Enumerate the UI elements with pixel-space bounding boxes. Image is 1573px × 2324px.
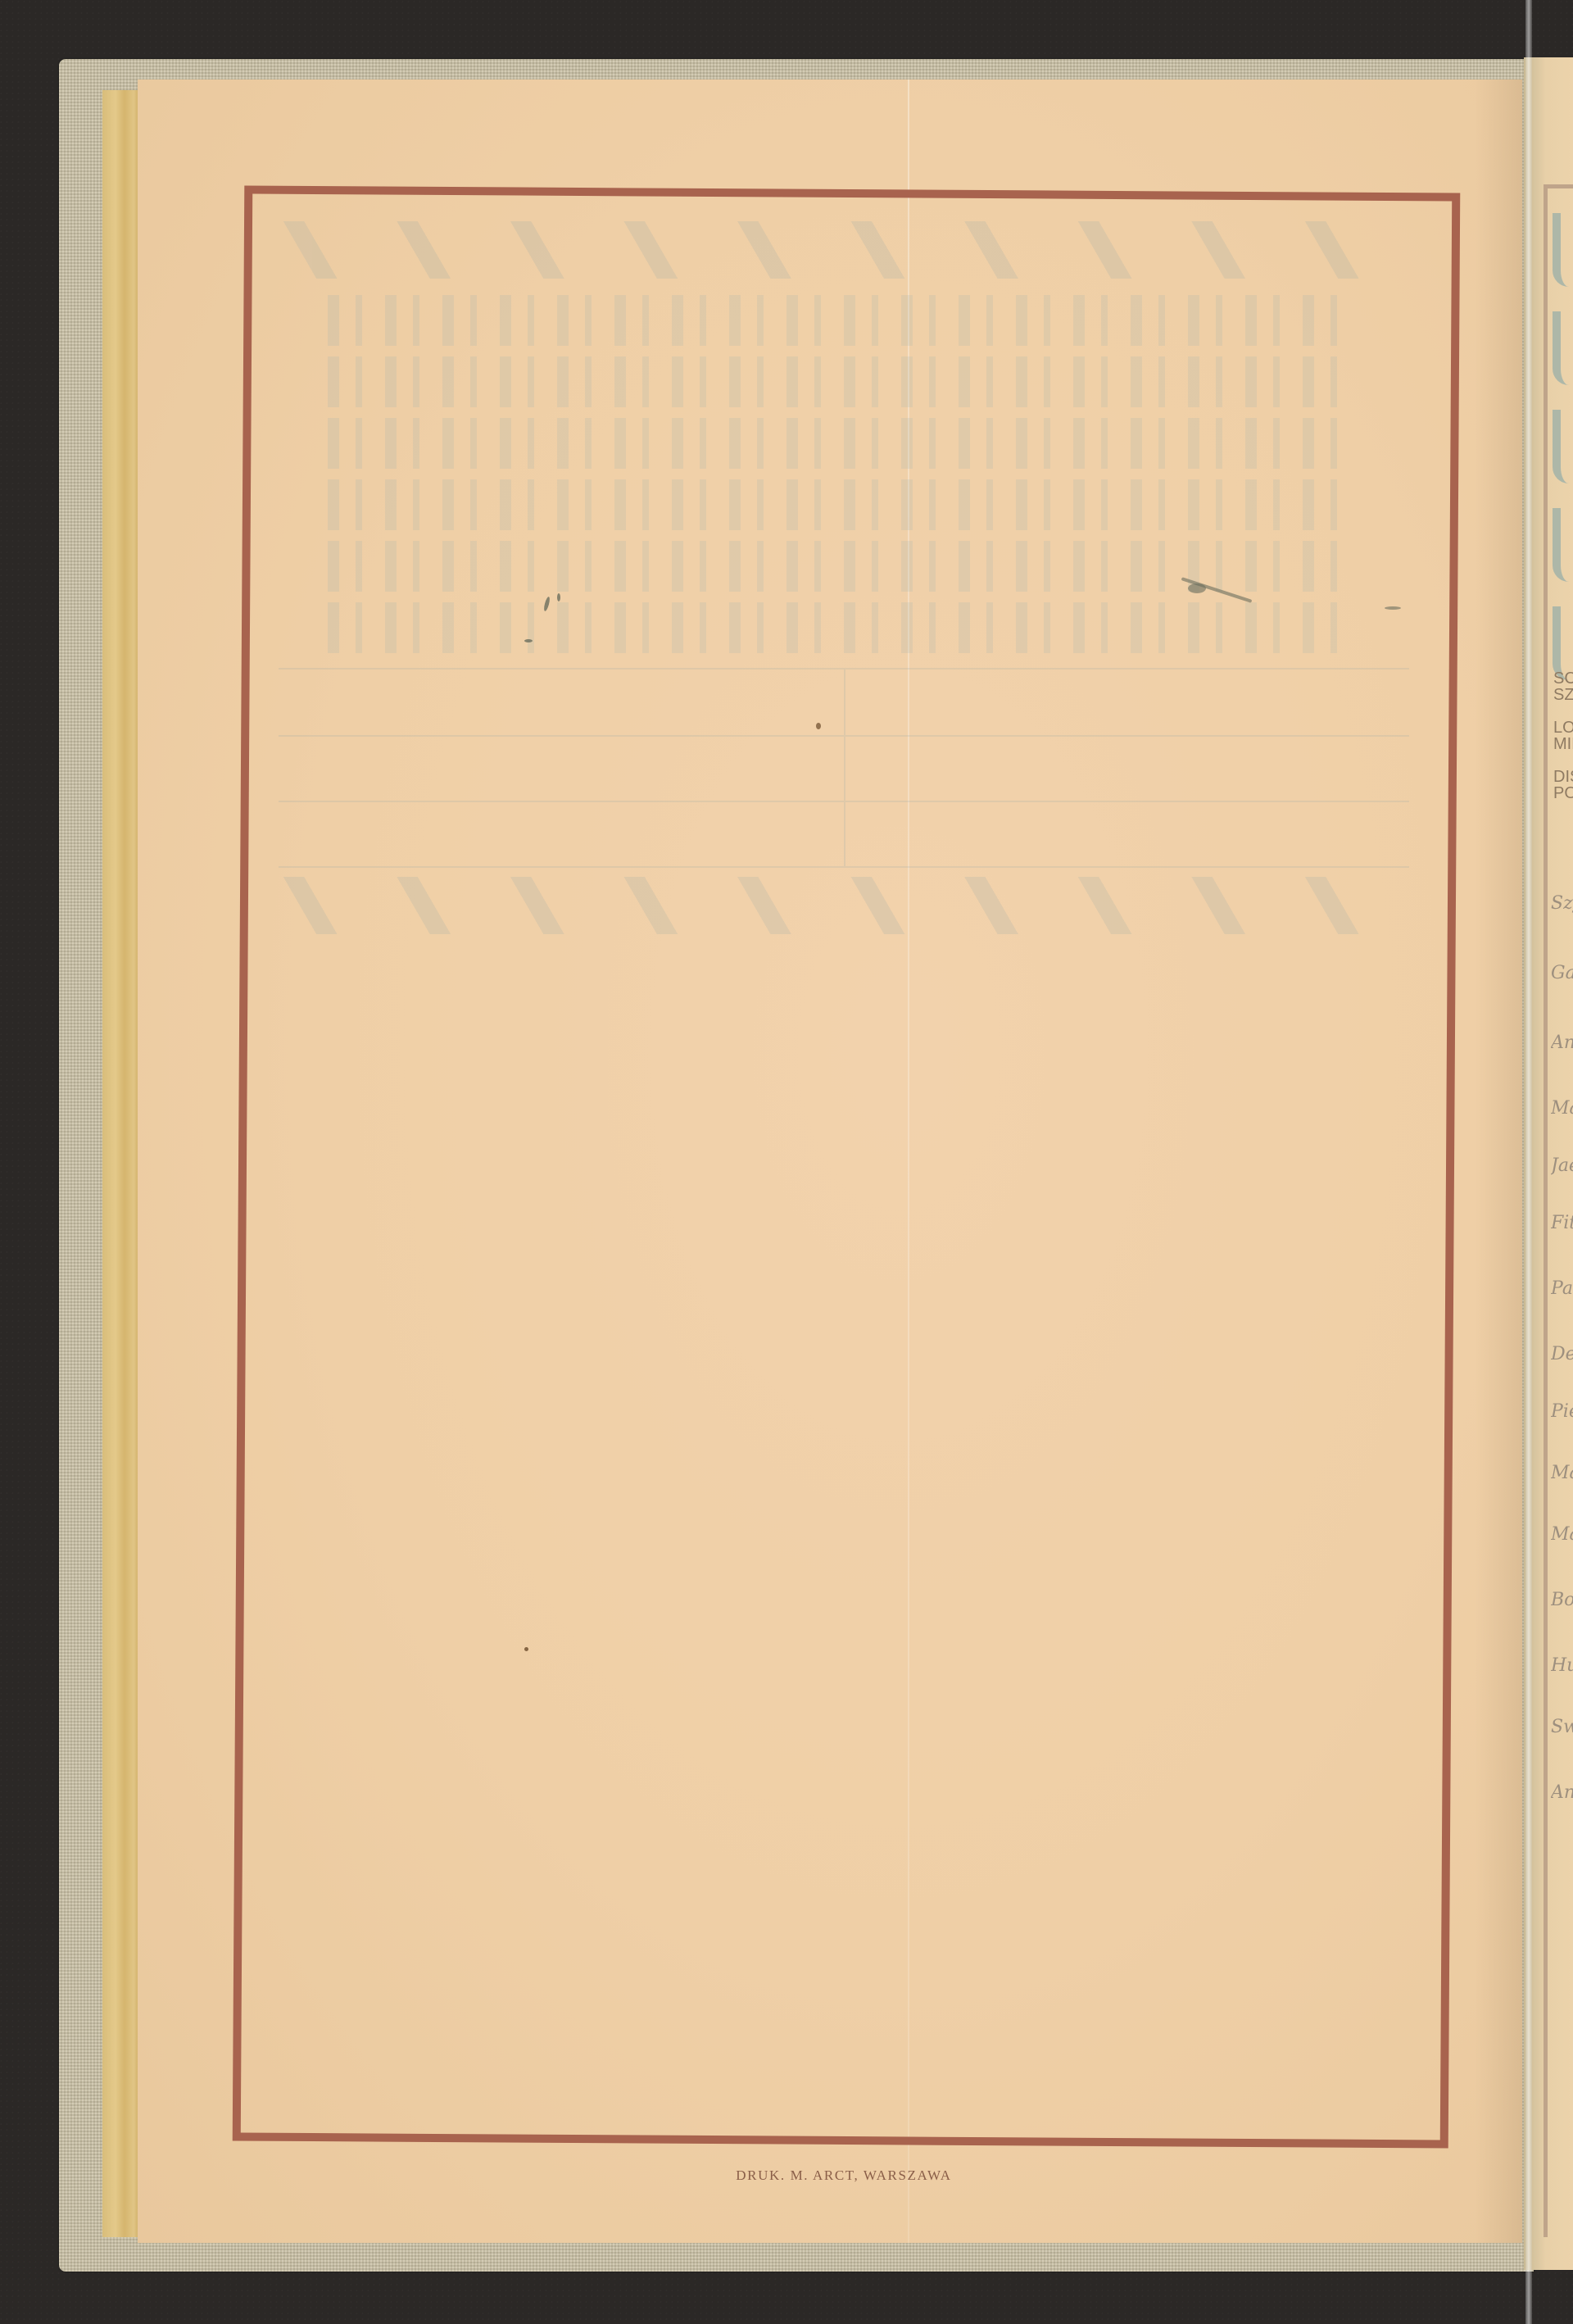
handwritten-entry: Ann [1551,1782,1573,1803]
ink-spot [557,593,560,601]
handwritten-entry: Galas [1551,963,1573,983]
handwritten-entry: Pietr [1551,1401,1573,1422]
handwritten-entry: Marz [1551,1098,1573,1119]
handwritten-entry: Make [1551,1524,1573,1545]
handwritten-entry: Malen [1551,1463,1573,1483]
ink-smudge [1188,583,1206,593]
ink-spot [816,723,821,729]
ink-spot [1385,606,1401,610]
ink-spot [524,1647,528,1651]
facing-label: MIEI [1553,736,1573,752]
handwritten-entry: Swje [1551,1717,1573,1737]
printer-imprint: DRUK. M. ARCT, WARSZAWA [0,2167,1573,2184]
facing-label: SCHO [1553,670,1573,687]
gutter-shadow [1475,79,1522,2243]
handwritten-entry: Humke [1551,1655,1573,1676]
handwritten-entry: Szyko [1551,893,1573,914]
handwritten-entry: Fitz [1551,1213,1573,1233]
printed-border-frame [233,185,1461,2148]
facing-ornament [1553,606,1573,680]
facing-label: LOC [1553,719,1573,736]
facing-label: SZKO [1553,687,1573,703]
facing-label: DIST [1553,769,1573,785]
facing-page-frame [1544,184,1573,2237]
facing-ornament [1553,213,1573,287]
facing-ornament [1553,508,1573,582]
page-block-edges [102,90,139,2237]
facing-ornament [1553,311,1573,385]
handwritten-entry: Pako [1551,1278,1573,1299]
facing-label: POW [1553,785,1573,801]
ink-spot [524,639,533,642]
handwritten-entry: Ann [1551,1033,1573,1053]
facing-ornament [1553,410,1573,483]
handwritten-entry: Detin [1551,1344,1573,1364]
handwritten-entry: Jaezy [1551,1155,1573,1176]
handwritten-entry: Bouk [1551,1590,1573,1610]
protective-sleeve-edge [1525,0,1532,2324]
